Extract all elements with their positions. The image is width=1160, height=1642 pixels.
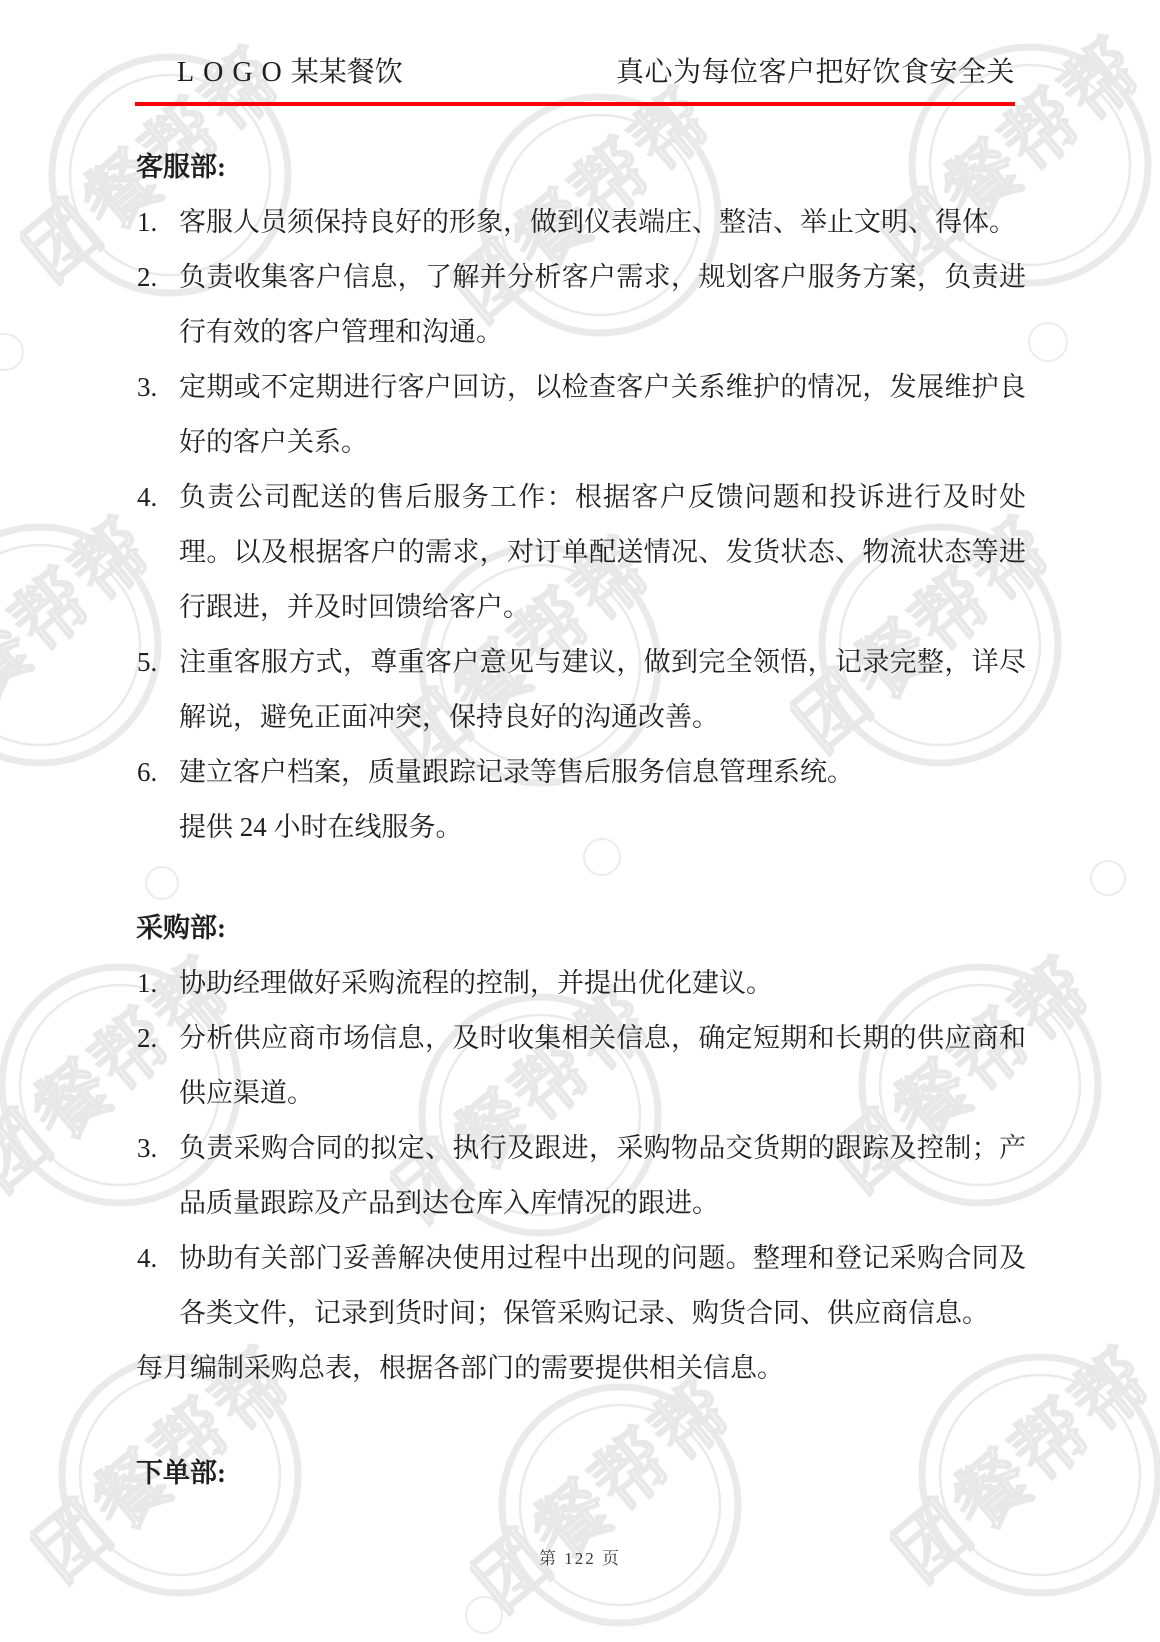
item-text: 负责采购合同的拟定、执行及跟进，采购物品交货期的跟踪及控制；产品质量跟踪及产品到… bbox=[179, 1133, 1026, 1218]
list-item: 4.负责公司配送的售后服务工作：根据客户反馈问题和投诉进行及时处理。以及根据客户… bbox=[136, 470, 1026, 635]
section-item-list: 1.协助经理做好采购流程的控制，并提出优化建议。 2.分析供应商市场信息，及时收… bbox=[136, 956, 1026, 1341]
item-number: 2. bbox=[137, 1011, 157, 1066]
item-number: 4. bbox=[137, 470, 157, 525]
item-text: 定期或不定期进行客户回访，以检查客户关系维护的情况，发展维护良好的客户关系。 bbox=[179, 372, 1026, 457]
item-number: 4. bbox=[137, 1231, 157, 1286]
list-item: 2.负责收集客户信息，了解并分析客户需求，规划客户服务方案，负责进行有效的客户管… bbox=[136, 250, 1026, 360]
header-slogan: 真心为每位客户把好饮食安全关 bbox=[616, 50, 1015, 90]
item-text: 负责公司配送的售后服务工作：根据客户反馈问题和投诉进行及时处理。以及根据客户的需… bbox=[179, 482, 1026, 622]
brand-cn: 某某餐饮 bbox=[291, 57, 403, 88]
item-text: 分析供应商市场信息，及时收集相关信息，确定短期和长期的供应商和供应渠道。 bbox=[179, 1023, 1026, 1108]
list-item: 1.协助经理做好采购流程的控制，并提出优化建议。 bbox=[136, 956, 1026, 1011]
section-customer-service: 客服部: 1.客服人员须保持良好的形象，做到仪表端庄、整洁、举止文明、得体。 2… bbox=[136, 140, 1026, 855]
section-note: 提供 24 小时在线服务。 bbox=[136, 800, 1026, 855]
document-body: 客服部: 1.客服人员须保持良好的形象，做到仪表端庄、整洁、举止文明、得体。 2… bbox=[136, 140, 1026, 1501]
list-item: 5.注重客服方式，尊重客户意见与建议，做到完全领悟，记录完整，详尽解说，避免正面… bbox=[136, 635, 1026, 745]
watermark-ring bbox=[465, 1596, 503, 1634]
item-text: 负责收集客户信息，了解并分析客户需求，规划客户服务方案，负责进行有效的客户管理和… bbox=[179, 262, 1026, 347]
document-page: 团餐帮帮 团餐帮帮 团餐帮帮 团餐帮帮 团餐帮帮 团餐帮帮 团餐帮帮 团餐帮帮 … bbox=[0, 0, 1160, 1642]
item-number: 3. bbox=[137, 360, 157, 415]
list-item: 3.定期或不定期进行客户回访，以检查客户关系维护的情况，发展维护良好的客户关系。 bbox=[136, 360, 1026, 470]
brand-latin: LOGO bbox=[177, 57, 291, 88]
section-title: 客服部: bbox=[136, 140, 1026, 195]
item-text: 客服人员须保持良好的形象，做到仪表端庄、整洁、举止文明、得体。 bbox=[179, 207, 1016, 237]
watermark-ring bbox=[1090, 860, 1126, 896]
page-footer: 第 122 页 bbox=[0, 1548, 1160, 1570]
item-text: 建立客户档案，质量跟踪记录等售后服务信息管理系统。 bbox=[179, 757, 854, 787]
watermark-ring bbox=[0, 333, 24, 371]
item-number: 6. bbox=[137, 745, 157, 800]
page-number: 第 122 页 bbox=[539, 1549, 621, 1568]
item-number: 2. bbox=[137, 250, 157, 305]
section-ordering: 下单部: bbox=[136, 1446, 1026, 1501]
item-number: 1. bbox=[137, 195, 157, 250]
watermark-ring bbox=[1028, 322, 1068, 362]
list-item: 1.客服人员须保持良好的形象，做到仪表端庄、整洁、举止文明、得体。 bbox=[136, 195, 1026, 250]
item-text: 协助经理做好采购流程的控制，并提出优化建议。 bbox=[179, 968, 773, 998]
item-number: 1. bbox=[137, 956, 157, 1011]
item-text: 协助有关部门妥善解决使用过程中出现的问题。整理和登记采购合同及各类文件，记录到货… bbox=[179, 1243, 1026, 1328]
section-title: 下单部: bbox=[136, 1446, 1026, 1501]
item-text: 注重客服方式，尊重客户意见与建议，做到完全领悟，记录完整，详尽解说，避免正面冲突… bbox=[179, 647, 1026, 732]
list-item: 3.负责采购合同的拟定、执行及跟进，采购物品交货期的跟踪及控制；产品质量跟踪及产… bbox=[136, 1121, 1026, 1231]
item-number: 5. bbox=[137, 635, 157, 690]
list-item: 2.分析供应商市场信息，及时收集相关信息，确定短期和长期的供应商和供应渠道。 bbox=[136, 1011, 1026, 1121]
section-note: 每月编制采购总表，根据各部门的需要提供相关信息。 bbox=[136, 1341, 1026, 1396]
list-item: 4.协助有关部门妥善解决使用过程中出现的问题。整理和登记采购合同及各类文件，记录… bbox=[136, 1231, 1026, 1341]
page-header: LOGO某某餐饮 真心为每位客户把好饮食安全关 bbox=[135, 0, 1015, 102]
list-item: 6.建立客户档案，质量跟踪记录等售后服务信息管理系统。 bbox=[136, 745, 1026, 800]
brand: LOGO某某餐饮 bbox=[177, 50, 403, 90]
section-title: 采购部: bbox=[136, 901, 1026, 956]
header-red-rule bbox=[135, 102, 1015, 106]
item-number: 3. bbox=[137, 1121, 157, 1176]
section-item-list: 1.客服人员须保持良好的形象，做到仪表端庄、整洁、举止文明、得体。 2.负责收集… bbox=[136, 195, 1026, 800]
section-purchasing: 采购部: 1.协助经理做好采购流程的控制，并提出优化建议。 2.分析供应商市场信… bbox=[136, 901, 1026, 1396]
